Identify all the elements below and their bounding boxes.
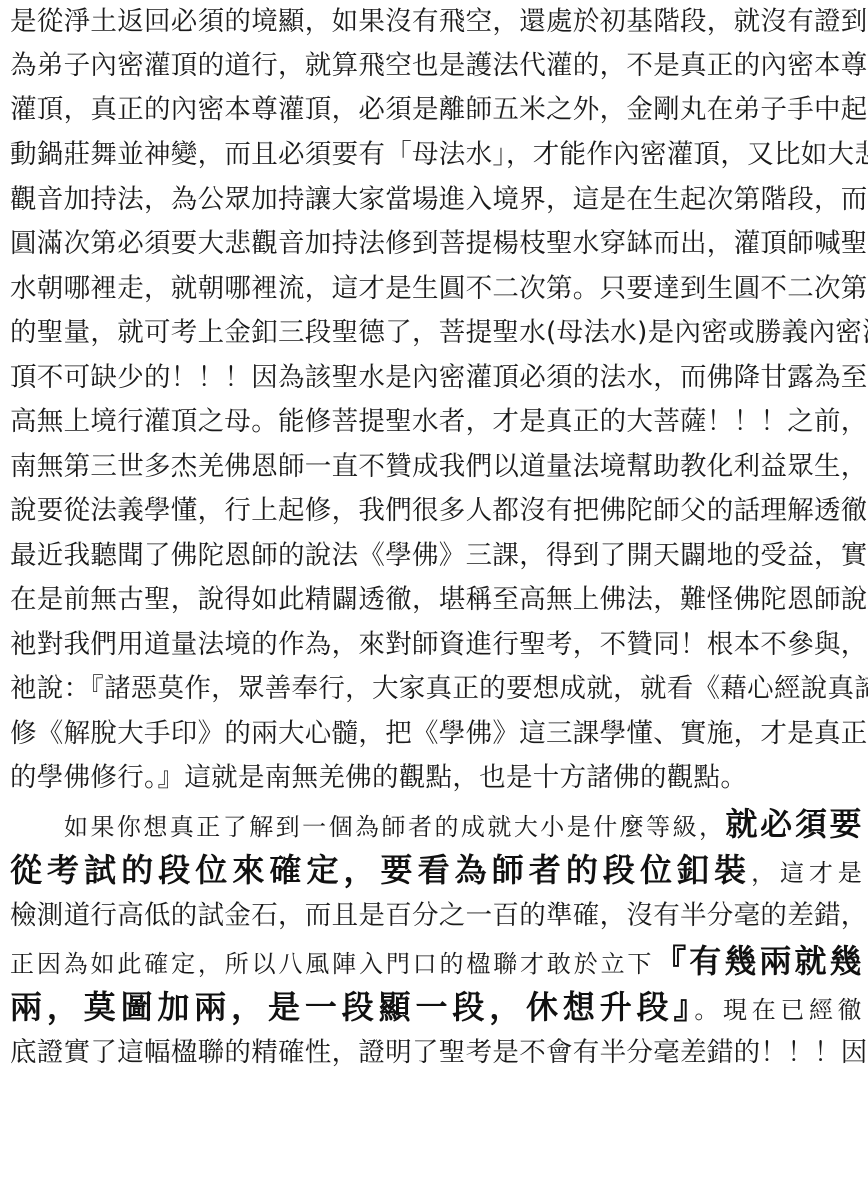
text-line: 檢測道行高低的試金石，而且是百分之一百的準確，沒有半分毫的差錯， [10,898,862,934]
body-text: 灌頂，真正的內密本尊灌頂，必須是離師五米之外，金剛丸在弟子手中起 [10,94,868,125]
text-line: 南無第三世多杰羌佛恩師一直不贊成我們以道量法境幫助教化利益眾生， [10,449,862,485]
text-line: 是從淨土返回必須的境顯，如果沒有飛空，還處於初基階段，就沒有證到 [10,4,862,40]
text-line: 水朝哪裡走，就朝哪裡流，這才是生圓不二次第。只要達到生圓不二次第 [10,271,862,307]
text-line: 頂不可缺少的！！！因為該聖水是內密灌頂必須的法水，而佛降甘露為至 [10,360,862,396]
body-text: 的學佛修行。』這就是南無羌佛的觀點，也是十方諸佛的觀點。 [10,762,747,793]
emphasized-text: 『有幾兩就幾 [654,942,862,980]
body-text: 說要從法義學懂，行上起修，我們很多人都沒有把佛陀師父的話理解透徹， [10,495,868,526]
body-text: 是從淨土返回必須的境顯，如果沒有飛空，還處於初基階段，就沒有證到 [10,6,868,37]
body-text: 頂不可缺少的！！！因為該聖水是內密灌頂必須的法水，而佛降甘露為至 [10,362,868,393]
body-text: 南無第三世多杰羌佛恩師一直不贊成我們以道量法境幫助教化利益眾生， [10,451,868,482]
text-line: 最近我聽聞了佛陀恩師的說法《學佛》三課，得到了開天闢地的受益，實 [10,538,862,574]
text-line: 的學佛修行。』這就是南無羌佛的觀點，也是十方諸佛的觀點。 [10,760,862,796]
emphasized-text: 兩，莫圖加兩，是一段顯一段，休想升段』 [10,988,694,1026]
body-text: 動鍋莊舞並神變，而且必須要有「母法水」，才能作內密灌頂，又比如大悲 [10,139,868,170]
text-line: 祂說：『諸惡莫作，眾善奉行，大家真正的要想成就，就看《藉心經說真諦》， [10,671,862,707]
emphasized-text: 就必須要 [726,805,862,843]
text-line: 動鍋莊舞並神變，而且必須要有「母法水」，才能作內密灌頂，又比如大悲 [10,137,862,173]
body-text: 高無上境行灌頂之母。能修菩提聖水者，才是真正的大菩薩！！！之前， [10,406,868,437]
body-text: 最近我聽聞了佛陀恩師的說法《學佛》三課，得到了開天闢地的受益，實 [10,540,868,571]
text-line: 觀音加持法，為公眾加持讓大家當場進入境界，這是在生起次第階段，而 [10,182,862,218]
text-line: 底證實了這幅楹聯的精確性，證明了聖考是不會有半分毫差錯的！！！因 [10,1035,862,1071]
body-text: 。現在已經徹 [694,996,862,1024]
text-line: 高無上境行灌頂之母。能修菩提聖水者，才是真正的大菩薩！！！之前， [10,404,862,440]
body-text: 檢測道行高低的試金石，而且是百分之一百的準確，沒有半分毫的差錯， [10,900,868,931]
text-line: 說要從法義學懂，行上起修，我們很多人都沒有把佛陀師父的話理解透徹， [10,493,862,529]
document-page: 是從淨土返回必須的境顯，如果沒有飛空，還處於初基階段，就沒有證到為弟子內密灌頂的… [0,0,868,1200]
body-text: 觀音加持法，為公眾加持讓大家當場進入境界，這是在生起次第階段，而 [10,184,868,215]
text-line: 祂對我們用道量法境的作為，來對師資進行聖考，不贊同！根本不參與， [10,627,862,663]
body-text: 為弟子內密灌頂的道行，就算飛空也是護法代灌的，不是真正的內密本尊 [10,50,868,81]
text-line: 的聖量，就可考上金釦三段聖德了，菩提聖水(母法水)是內密或勝義內密灌 [10,315,862,351]
body-text: 祂對我們用道量法境的作為，來對師資進行聖考，不贊同！根本不參與， [10,629,868,660]
text-line: 兩，莫圖加兩，是一段顯一段，休想升段』。現在已經徹 [10,989,862,1028]
body-text: ，這才是 [751,859,862,887]
body-text: 祂說：『諸惡莫作，眾善奉行，大家真正的要想成就，就看《藉心經說真諦》， [10,673,868,704]
body-text: 修《解脫大手印》的兩大心髓，把《學佛》這三課學懂、實施，才是真正 [10,718,868,749]
body-text: 在是前無古聖，說得如此精闢透徹，堪稱至高無上佛法，難怪佛陀恩師說 [10,584,868,615]
emphasized-text: 從考試的段位來確定，要看為師者的段位釦裝 [10,851,751,889]
text-line: 修《解脫大手印》的兩大心髓，把《學佛》這三課學懂、實施，才是真正 [10,716,862,752]
text-line: 從考試的段位來確定，要看為師者的段位釦裝，這才是 [10,852,862,891]
text-line: 如果你想真正了解到一個為師者的成就大小是什麼等級，就必須要 [10,806,862,845]
text-line: 在是前無古聖，說得如此精闢透徹，堪稱至高無上佛法，難怪佛陀恩師說 [10,582,862,618]
body-text: 底證實了這幅楹聯的精確性，證明了聖考是不會有半分毫差錯的！！！因 [10,1037,868,1068]
body-text: 水朝哪裡走，就朝哪裡流，這才是生圓不二次第。只要達到生圓不二次第 [10,273,868,304]
text-line: 圓滿次第必須要大悲觀音加持法修到菩提楊枝聖水穿缽而出，灌頂師喊聖 [10,226,862,262]
body-text: 圓滿次第必須要大悲觀音加持法修到菩提楊枝聖水穿缽而出，灌頂師喊聖 [10,228,868,259]
body-text: 如果你想真正了解到一個為師者的成就大小是什麼等級， [64,813,726,841]
text-line: 灌頂，真正的內密本尊灌頂，必須是離師五米之外，金剛丸在弟子手中起 [10,92,862,128]
text-line: 為弟子內密灌頂的道行，就算飛空也是護法代灌的，不是真正的內密本尊 [10,48,862,84]
body-text: 的聖量，就可考上金釦三段聖德了，菩提聖水(母法水)是內密或勝義內密灌 [10,317,868,348]
body-text: 正因為如此確定，所以八風陣入門口的楹聯才敢於立下 [10,950,654,978]
text-line: 正因為如此確定，所以八風陣入門口的楹聯才敢於立下『有幾兩就幾 [10,943,862,982]
